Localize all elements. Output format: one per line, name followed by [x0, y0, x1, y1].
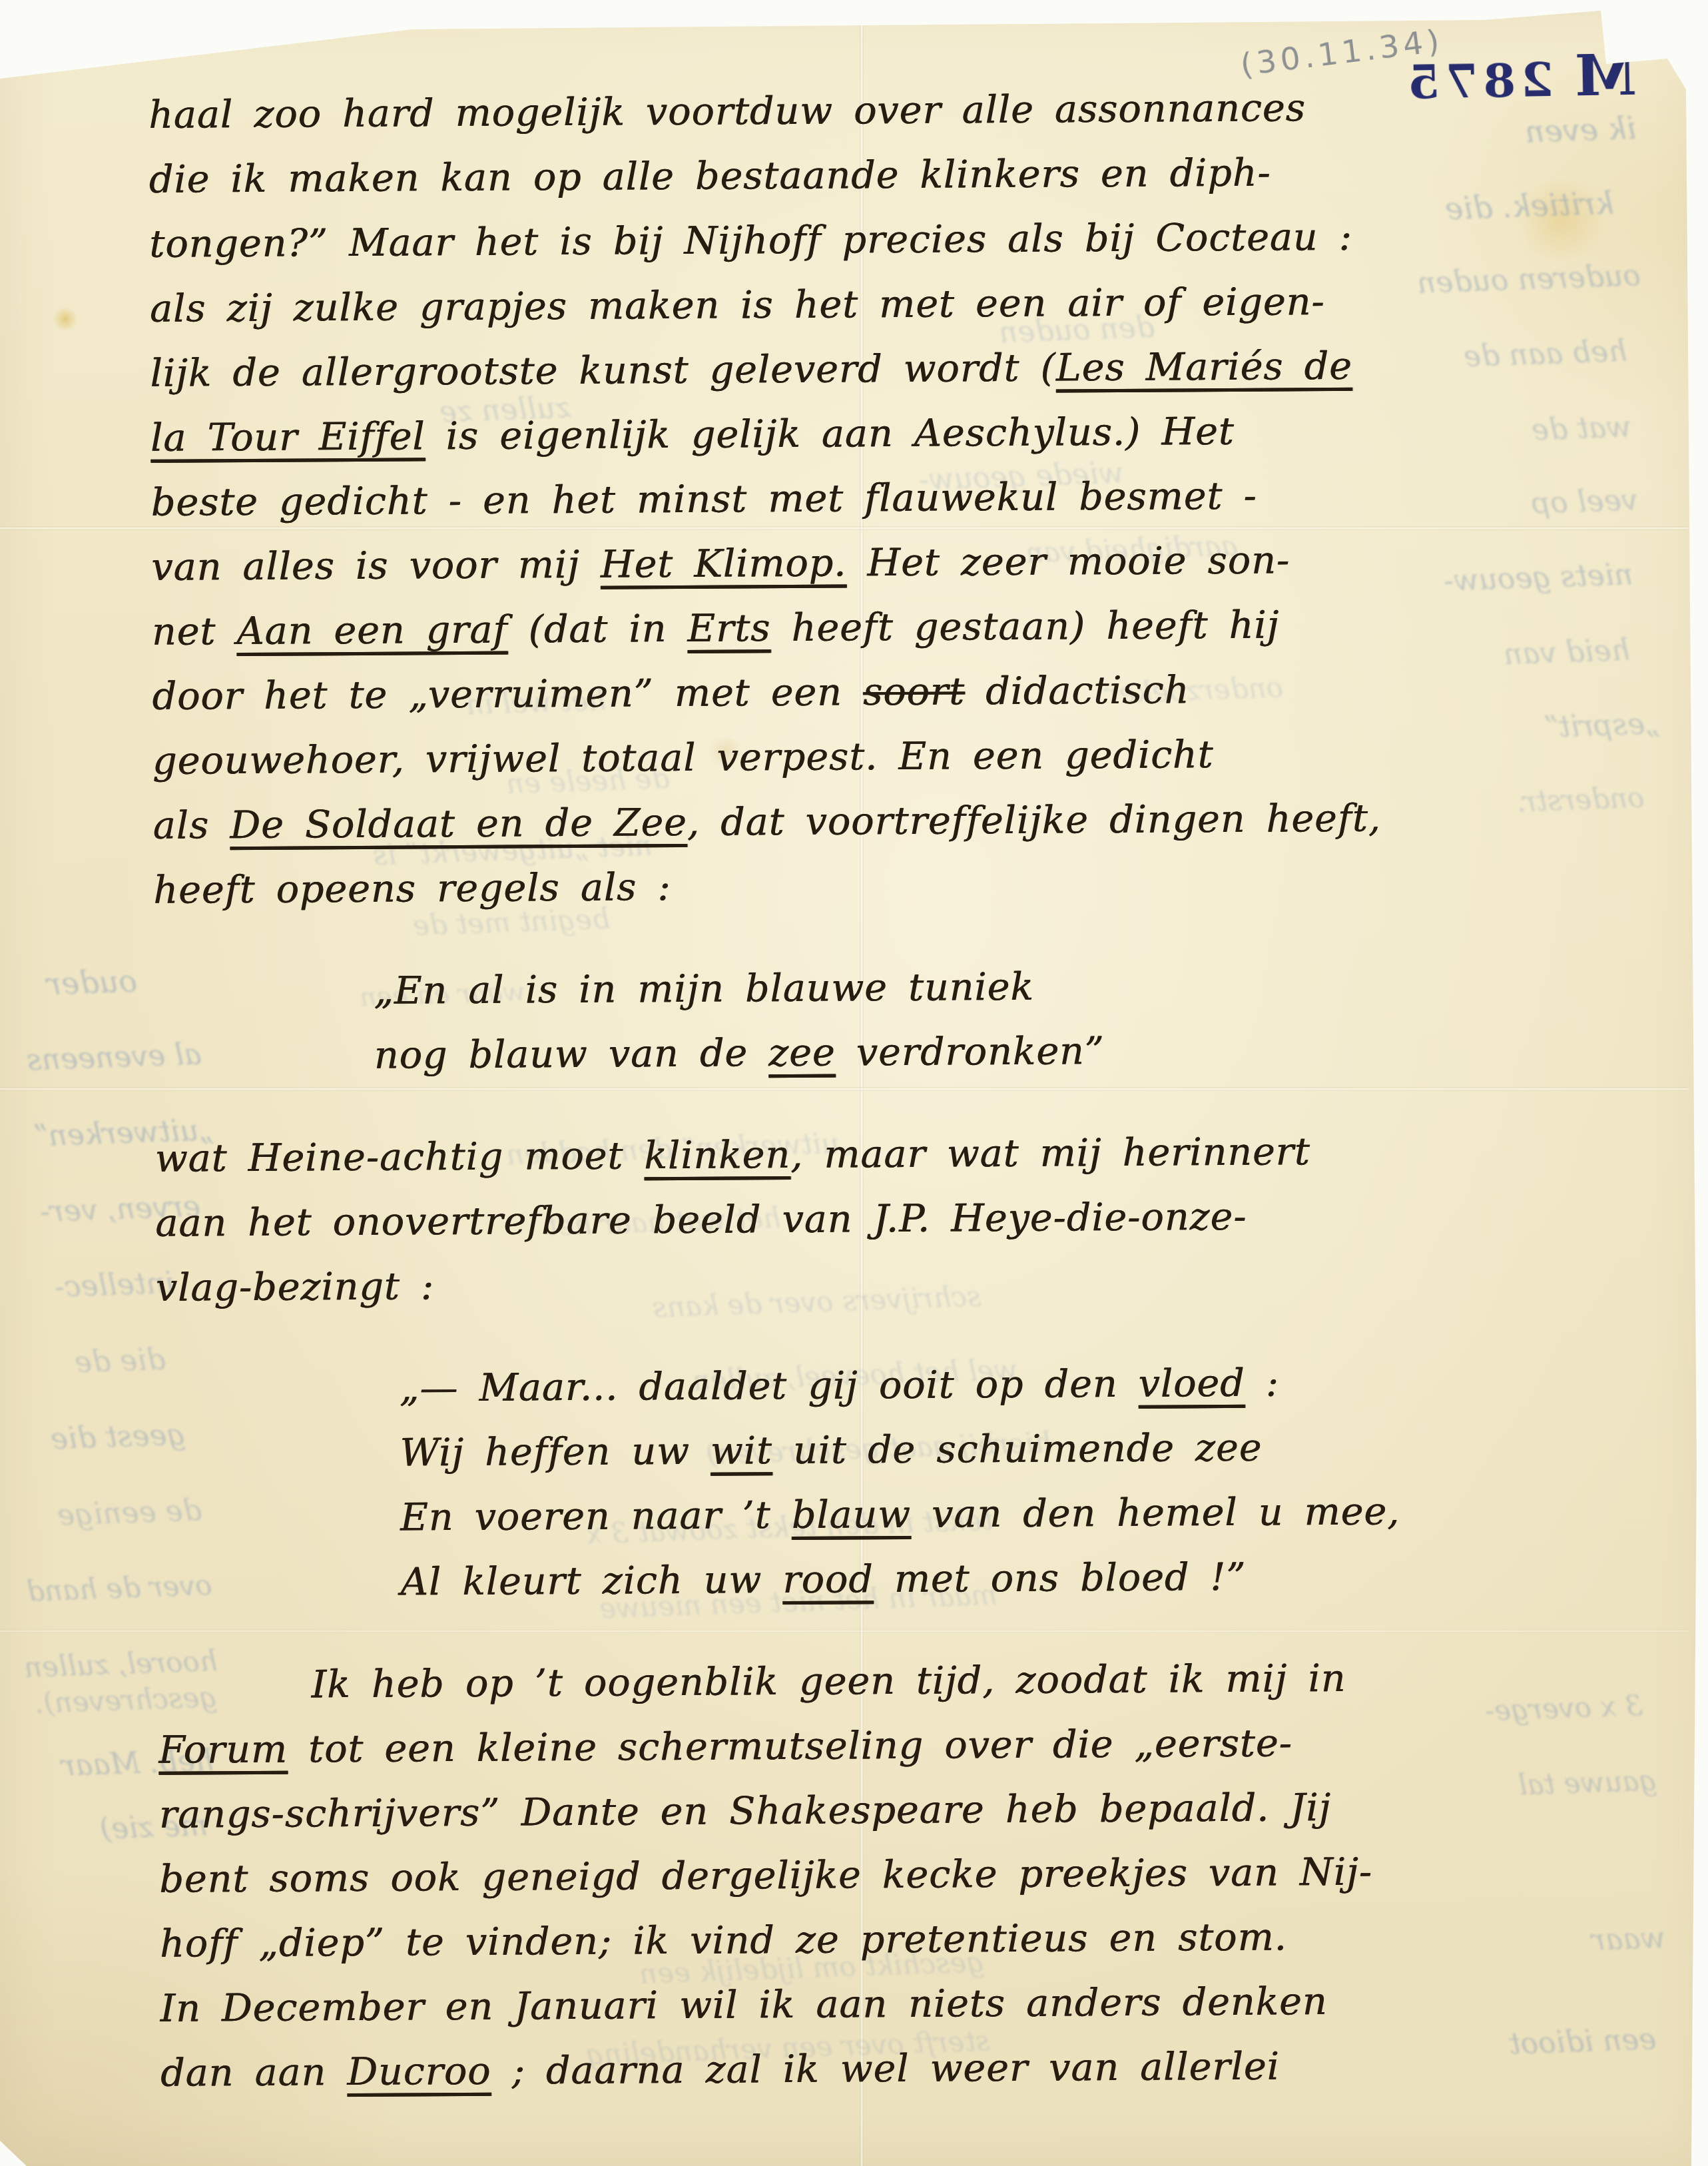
text: (dat in: [507, 607, 687, 652]
letter-line: bent soms ook geneigd dergelijke kecke p…: [159, 1838, 1653, 1912]
underlined-text: Het Klimop.: [600, 541, 846, 586]
underlined-text: vloed: [1138, 1361, 1245, 1406]
letter-line: rangs-schrijvers” Dante en Shakespeare h…: [158, 1774, 1653, 1848]
underlined-text: Erts: [687, 606, 770, 651]
text: tongen?” Maar het is bij Nijhoff precies…: [149, 215, 1352, 266]
letter-line: tongen?” Maar het is bij Nijhoff precies…: [149, 203, 1643, 277]
text: beste gedicht - en het minst met flauwek…: [150, 474, 1257, 525]
text: die ik maken kan op alle bestaande klink…: [148, 151, 1271, 202]
text: van den hemel u mee,: [911, 1489, 1400, 1536]
text: Al kleurt zich uw: [400, 1558, 782, 1605]
underlined-text: Les Mariés de: [1055, 344, 1352, 390]
text: „— Maar... daaldet gij ooit op den: [400, 1362, 1139, 1411]
text: door het te „verruimen” met een: [152, 670, 863, 719]
letter-line: hoff „diep” te vinden; ik vind ze preten…: [160, 1903, 1654, 1977]
text: van alles is voor mij: [151, 543, 601, 589]
text: rangs-schrijvers” Dante en Shakespeare h…: [158, 1786, 1331, 1837]
letter-line: Al kleurt zich uw rood met ons bloed !”: [400, 1543, 1651, 1615]
letter-line: „En al is in mijn blauwe tuniek: [374, 951, 1648, 1024]
underlined-text: wit: [711, 1429, 772, 1473]
letter-line: als zij zulke grapjes maken is het met e…: [150, 268, 1644, 342]
underlined-text: De Soldaat en de Zee: [230, 801, 687, 847]
letter-line: vlag-bezingt :: [156, 1247, 1650, 1321]
underlined-text: blauw: [791, 1493, 911, 1537]
text: uit de schuimende zee: [772, 1426, 1262, 1473]
text: wat Heine-achtig moet: [154, 1134, 644, 1180]
letter-line: wat Heine-achtig moet klinken, maar wat …: [154, 1118, 1649, 1192]
text: dan aan: [160, 2050, 348, 2095]
text: bent soms ook geneigd dergelijke kecke p…: [159, 1850, 1372, 1902]
text: verdronken”: [835, 1029, 1105, 1074]
text: Het zeer mooie son-: [846, 538, 1290, 585]
text: lijk de allergrootste kunst geleverd wor…: [150, 346, 1056, 396]
letter-line: „— Maar... daaldet gij ooit op den vloed…: [399, 1349, 1650, 1421]
text: Ik heb op ’t oogenblik geen tijd, zoodat…: [311, 1656, 1346, 1706]
text: heeft gestaan) heeft hij: [770, 603, 1279, 651]
underlined-text: zee: [768, 1031, 836, 1076]
text: hoff „diep” te vinden; ik vind ze preten…: [160, 1915, 1287, 1966]
letter-line: door het te „verruimen” met een soort di…: [152, 655, 1646, 729]
text: tot een kleine schermutseling over die „…: [288, 1721, 1292, 1771]
text: is eigenlijk gelijk aan Aeschylus.) Het: [425, 410, 1235, 458]
text: , dat voortreffelijke dingen heeft,: [687, 797, 1381, 845]
underlined-text: Aan een graf: [236, 608, 507, 653]
letter-line: lijk de allergrootste kunst geleverd wor…: [150, 332, 1644, 406]
letter-line: aan het onovertrefbare beeld van J.P. He…: [155, 1182, 1649, 1256]
text: , maar wat mij herinnert: [790, 1130, 1310, 1177]
text: haal zoo hard mogelijk voortduw over all…: [148, 86, 1306, 137]
verso-bleedthrough-fragment: die de: [74, 1343, 166, 1380]
text: net: [152, 609, 237, 654]
text: nog blauw van de: [374, 1031, 768, 1078]
letter-line: Forum tot een kleine schermutseling over…: [158, 1709, 1653, 1783]
verso-bleedthrough-fragment: ouder: [46, 963, 138, 1002]
text: als zij zulke grapjes maken is het met e…: [150, 280, 1325, 331]
letter-line: die ik maken kan op alle bestaande klink…: [148, 139, 1643, 212]
underlined-text: Forum: [158, 1728, 288, 1772]
text: als: [152, 803, 230, 848]
text: met ons bloed !”: [873, 1555, 1246, 1601]
letter-line: heeft opeens regels als :: [153, 849, 1647, 923]
underlined-text: klinken: [644, 1133, 790, 1178]
letter-line: dan aan Ducroo ; daarna zal ik wel weer …: [160, 2032, 1655, 2106]
text: ; daarna zal ik wel weer van allerlei: [491, 2045, 1280, 2093]
letter-line: Wij heffen uw wit uit de schuimende zee: [400, 1413, 1651, 1485]
underlined-text: rood: [782, 1557, 874, 1602]
text: vlag-bezingt :: [156, 1264, 434, 1310]
letter-line: nog blauw van de zee verdronken”: [374, 1016, 1648, 1088]
letter-line: En voeren naar ’t blauw van den hemel u …: [400, 1478, 1651, 1550]
letter-body: haal zoo hard mogelijk voortduw over all…: [148, 74, 1655, 2106]
letter-line: net Aan een graf (dat in Erts heeft gest…: [151, 591, 1645, 665]
text: In December en Januari wil ik aan niets …: [160, 1980, 1327, 2031]
letter-line: beste gedicht - en het minst met flauwek…: [150, 462, 1645, 536]
letter-line: In December en Januari wil ik aan niets …: [160, 1968, 1654, 2041]
letter-line: Ik heb op ’t oogenblik geen tijd, zoodat…: [311, 1644, 1652, 1717]
underlined-text: Ducroo: [347, 2049, 491, 2094]
underlined-text: la Tour Eiffel: [150, 414, 426, 460]
text: didactisch: [965, 668, 1190, 713]
text: heeft opeens regels als :: [153, 865, 671, 912]
text: :: [1245, 1361, 1279, 1405]
letter-line: van alles is voor mij Het Klimop. Het ze…: [151, 526, 1645, 600]
struck-text: soort: [863, 669, 965, 714]
letter-line: geouwehoer, vrijwel totaal verpest. En e…: [152, 720, 1647, 794]
text: aan het onovertrefbare beeld van J.P. He…: [155, 1195, 1247, 1246]
text: „En al is in mijn blauwe tuniek: [374, 965, 1034, 1013]
letter-line: la Tour Eiffel is eigenlijk gelijk aan A…: [150, 397, 1645, 471]
letter-line: als De Soldaat en de Zee, dat voortreffe…: [152, 785, 1647, 859]
letter-line: haal zoo hard mogelijk voortduw over all…: [148, 74, 1643, 148]
letter-paper-sheet: ik evenkritiek. dieouderen oudenheb aan …: [0, 0, 1708, 2166]
paper-stain: [52, 308, 79, 330]
text: En voeren naar ’t: [400, 1493, 792, 1540]
text: Wij heffen uw: [400, 1429, 711, 1475]
text: geouwehoer, vrijwel totaal verpest. En e…: [152, 733, 1214, 783]
